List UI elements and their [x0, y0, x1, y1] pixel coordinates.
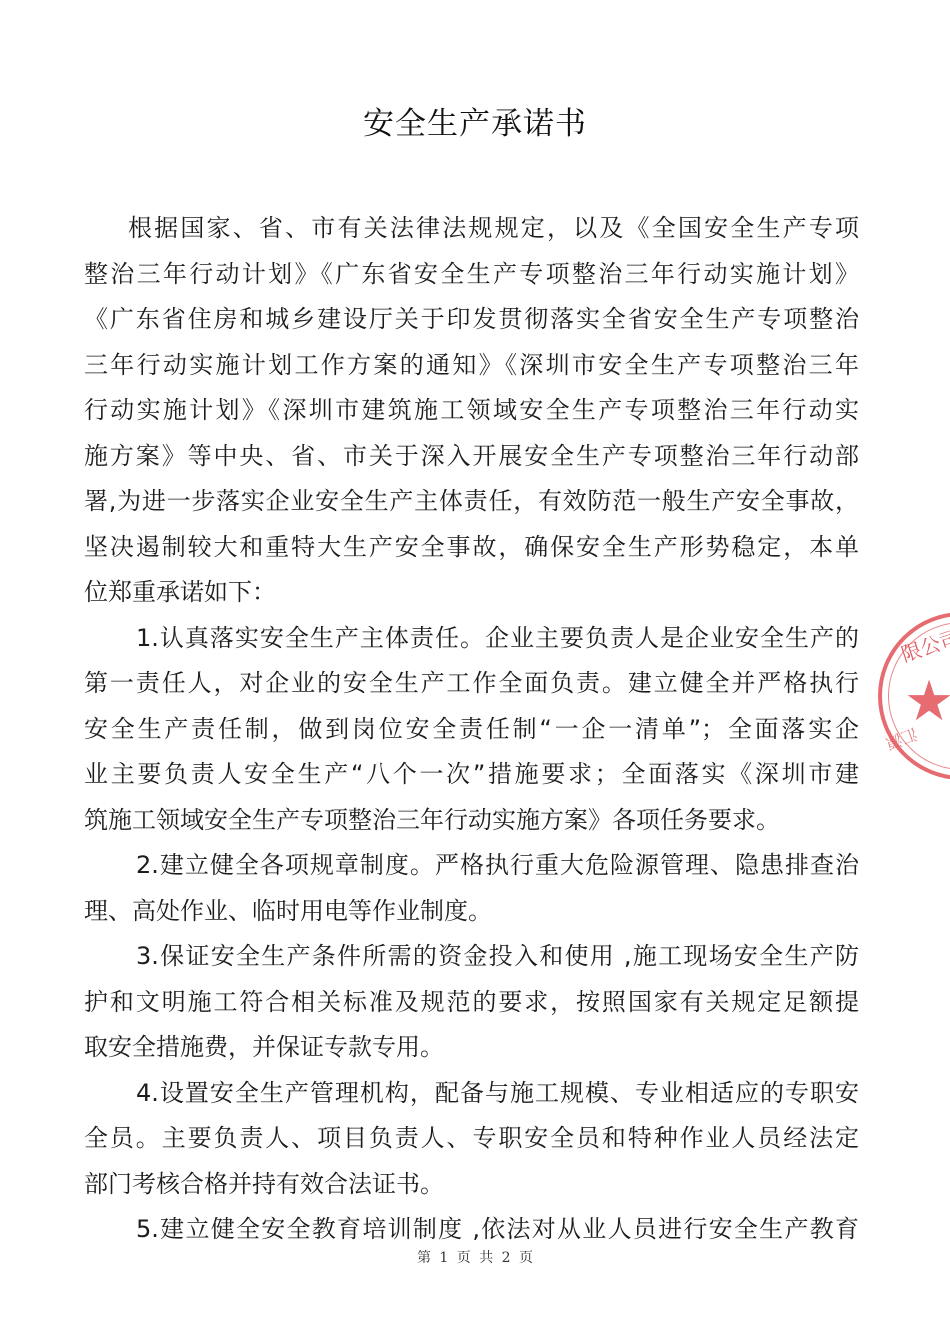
- intro-line: 整治三年行动计划》《广东省安全生产专项整治三年行动实施计划》: [84, 252, 859, 298]
- page-number: 第 1 页 共 2 页: [0, 1247, 950, 1267]
- item-3-line: 护和文明施工符合相关标准及规范的要求，按照国家有关规定足额提: [84, 980, 859, 1026]
- item-1-line: 筑施工领域安全生产专项整治三年行动实施方案》各项任务要求。: [84, 798, 859, 844]
- intro-line: 署,为进一步落实企业安全生产主体责任，有效防范一般生产安全事故，: [84, 479, 859, 525]
- item-5-line: 5.建立健全安全教育培训制度 ,依法对从业人员进行安全生产教育: [84, 1207, 859, 1253]
- intro-line: 根据国家、省、市有关法律法规规定，以及《全国安全生产专项: [84, 206, 859, 252]
- item-1-line: 安全生产责任制，做到岗位安全责任制“一企一清单”；全面落实企: [84, 707, 859, 753]
- item-4-line: 4.设置安全生产管理机构，配备与施工规模、专业相适应的专职安: [84, 1071, 859, 1117]
- document-body: 根据国家、省、市有关法律法规规定，以及《全国安全生产专项 整治三年行动计划》《广…: [84, 206, 859, 1253]
- intro-line: 行动实施计划》《深圳市建筑施工领域安全生产专项整治三年行动实: [84, 388, 859, 434]
- star-icon: ★: [904, 674, 950, 730]
- item-4-line: 全员。主要负责人、项目负责人、专职安全员和特种作业人员经法定: [84, 1116, 859, 1162]
- item-1-line: 业主要负责人安全生产“八个一次”措施要求；全面落实《深圳市建: [84, 752, 859, 798]
- item-3-line: 取安全措施费，并保证专款专用。: [84, 1025, 859, 1071]
- document-title: 安全生产承诺书: [0, 98, 950, 143]
- intro-line: 三年行动实施计划工作方案的通知》《深圳市安全生产专项整治三年: [84, 343, 859, 389]
- item-1-line: 1.认真落实安全生产主体责任。企业主要负责人是企业安全生产的: [84, 616, 859, 662]
- intro-line: 《广东省住房和城乡建设厅关于印发贯彻落实全省安全生产专项整治: [84, 297, 859, 343]
- item-4-line: 部门考核合格并持有效合法证书。: [84, 1162, 859, 1208]
- intro-line: 施方案》等中央、省、市关于深入开展安全生产专项整治三年行动部: [84, 434, 859, 480]
- company-seal: 限公司 ★ 汇源: [878, 612, 950, 780]
- item-2-line: 理、高处作业、临时用电等作业制度。: [84, 889, 859, 935]
- item-1-line: 第一责任人，对企业的安全生产工作全面负责。建立健全并严格执行: [84, 661, 859, 707]
- item-3-line: 3.保证安全生产条件所需的资金投入和使用 ,施工现场安全生产防: [84, 934, 859, 980]
- intro-line: 坚决遏制较大和重特大生产安全事故，确保安全生产形势稳定，本单: [84, 525, 859, 571]
- intro-line: 位郑重承诺如下：: [84, 570, 859, 616]
- item-2-line: 2.建立健全各项规章制度。严格执行重大危险源管理、隐患排查治: [84, 843, 859, 889]
